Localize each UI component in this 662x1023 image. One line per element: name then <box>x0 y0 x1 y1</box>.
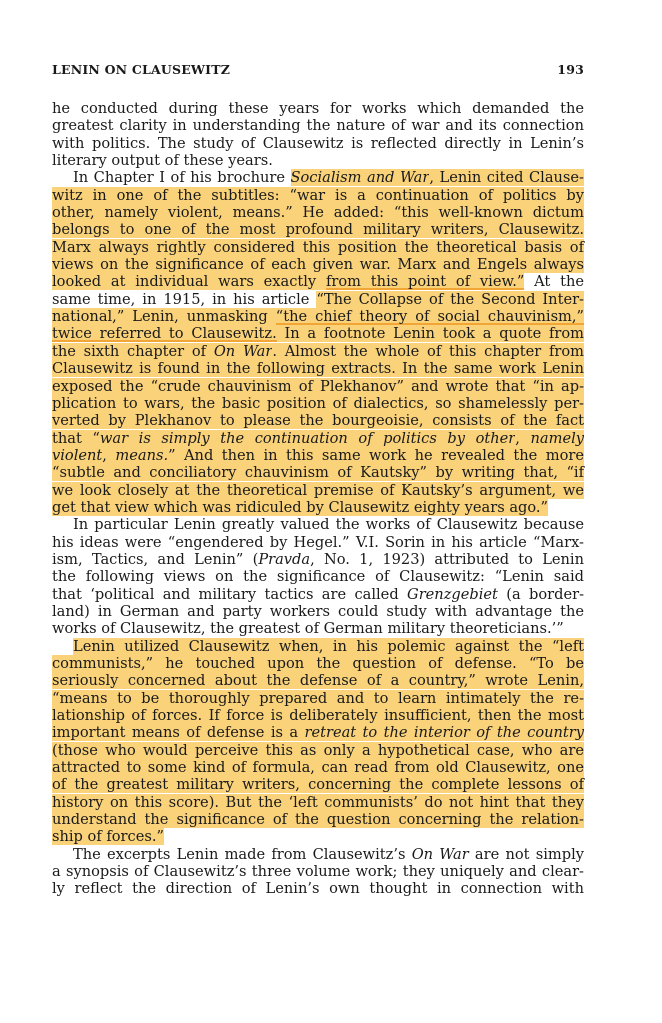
highlighted-text: Clausewitz is found in the following ext… <box>52 360 584 377</box>
highlighted-text: witz in one of the subtitles: “war is a … <box>52 187 584 204</box>
text-line: literary output of these years. <box>52 152 584 169</box>
text-line: In particular Lenin greatly valued the w… <box>52 516 584 533</box>
highlighted-text: In a footnote Lenin took a quote from <box>277 325 584 342</box>
text-line: communists,” he touched upon the questio… <box>52 655 584 672</box>
text-span: are not simply <box>469 846 584 863</box>
text-line: witz in one of the subtitles: “war is a … <box>52 187 584 204</box>
text-line: same time, in 1915, in his article “The … <box>52 291 584 308</box>
text-line: The excerpts Lenin made from Clausewitz’… <box>52 846 584 863</box>
highlighted-text: views on the significance of each given … <box>52 256 584 273</box>
text-line: Clausewitz is found in the following ext… <box>52 360 584 377</box>
text-line: violent, means.” And then in this same w… <box>52 447 584 464</box>
highlighted-text: On War <box>214 343 273 360</box>
text-span: ism, Tactics, and Lenin” ( <box>52 551 258 568</box>
text-line: lationship of forces. If force is delibe… <box>52 707 584 724</box>
text-line: In Chapter I of his brochure Socialism a… <box>52 169 584 186</box>
highlighted-text: the sixth chapter of <box>52 343 214 360</box>
text-span: In particular Lenin greatly valued the w… <box>73 516 584 533</box>
text-line: greatest clarity in understanding the na… <box>52 117 584 134</box>
text-span: On War <box>412 846 469 863</box>
highlighted-text: verted by Plekhanov to please the bourge… <box>52 412 584 429</box>
text-span: At the <box>524 273 584 290</box>
text-line: history on this score). But the ‘left co… <box>52 794 584 811</box>
text-line: works of Clausewitz, the greatest of Ger… <box>52 620 584 637</box>
highlighted-text: means. <box>115 447 168 464</box>
text-line: attracted to some kind of formula, can r… <box>52 759 584 776</box>
highlighted-text: looked at individual wars exactly <box>52 273 326 290</box>
highlighted-text: communists,” he touched upon the questio… <box>52 655 584 672</box>
text-line: understand the significance of the quest… <box>52 811 584 828</box>
highlighted-text: “subtle and conciliatory chauvinism of K… <box>52 464 584 481</box>
highlighted-text: important means of defense is a <box>52 724 304 741</box>
text-line: ism, Tactics, and Lenin” (Pravda, No. 1,… <box>52 551 584 568</box>
highlighted-text: retreat to the interior of the country <box>304 724 584 741</box>
highlighted-text: we look closely at the theoretical premi… <box>52 482 584 499</box>
text-line: views on the significance of each given … <box>52 256 584 273</box>
text-line: get that view which was ridiculed by Cla… <box>52 499 584 516</box>
highlighted-text: seriously concerned about the defense of… <box>52 672 584 689</box>
text-span: (a border- <box>498 586 584 603</box>
text-line: verted by Plekhanov to please the bourge… <box>52 412 584 429</box>
highlighted-underlined-text: from this point of view.” <box>326 273 524 290</box>
text-span: The excerpts Lenin made from Clausewitz’… <box>73 846 412 863</box>
highlighted-underlined-text: “the chief theory of social chauvinism,” <box>276 308 584 325</box>
highlighted-text: plication to wars, the basic position of… <box>52 395 584 412</box>
text-line: seriously concerned about the defense of… <box>52 672 584 689</box>
text-line: looked at individual wars exactly from t… <box>52 273 584 290</box>
text-line: plication to wars, the basic position of… <box>52 395 584 412</box>
text-line: Lenin utilized Clausewitz when, in his p… <box>52 638 584 655</box>
book-page: LENIN ON CLAUSEWITZ 193 he conducted dur… <box>52 62 584 898</box>
highlighted-text: namely <box>531 430 585 447</box>
highlighted-text: other, namely violent, means.” He added:… <box>52 204 584 221</box>
highlighted-text: “means to be thoroughly prepared and to … <box>52 690 584 707</box>
highlighted-text: national,” Lenin, unmasking <box>52 308 276 325</box>
highlighted-text: , Lenin cited Clause- <box>429 169 584 186</box>
text-line: land) in German and party workers could … <box>52 603 584 620</box>
highlighted-text: that “ <box>52 430 100 447</box>
text-line: we look closely at the theoretical premi… <box>52 482 584 499</box>
text-span: ly reflect the direction of Lenin’s own … <box>52 880 584 897</box>
highlighted-underlined-text: twice referred to Clausewitz. <box>52 325 277 342</box>
highlighted-text: . Almost the whole of this chapter from <box>272 343 584 360</box>
highlighted-text: Lenin utilized Clausewitz when, in his p… <box>73 638 584 655</box>
text-span: In Chapter I of his brochure <box>73 169 291 186</box>
text-line: ly reflect the direction of Lenin’s own … <box>52 880 584 897</box>
text-span: a synopsis of Clausewitz’s three volume … <box>52 863 584 880</box>
highlighted-text: belongs to one of the most profound mili… <box>52 221 584 238</box>
text-span: his ideas were “engendered by Hegel.” V.… <box>52 534 584 551</box>
text-line: exposed the “crude chauvinism of Plekhan… <box>52 378 584 395</box>
highlighted-text: lationship of forces. If force is delibe… <box>52 707 584 724</box>
text-span: works of Clausewitz, the greatest of Ger… <box>52 620 564 637</box>
text-line: the following views on the significance … <box>52 568 584 585</box>
text-line: (those who would perceive this as only a… <box>52 742 584 759</box>
text-span: he conducted during these years for work… <box>52 100 584 117</box>
text-line: twice referred to Clausewitz. In a footn… <box>52 325 584 342</box>
text-line: he conducted during these years for work… <box>52 100 584 117</box>
body-text: he conducted during these years for work… <box>52 100 584 898</box>
text-span: Pravda <box>258 551 310 568</box>
highlighted-text: “The Collapse of the Second Inter- <box>316 291 584 308</box>
highlighted-text: of the greatest military writers, concer… <box>52 776 584 793</box>
highlighted-text: Marx always rightly considered this posi… <box>52 239 584 256</box>
text-line: Marx always rightly considered this posi… <box>52 239 584 256</box>
text-span: Grenzgebiet <box>407 586 498 603</box>
text-line: a synopsis of Clausewitz’s three volume … <box>52 863 584 880</box>
text-line: belongs to one of the most profound mili… <box>52 221 584 238</box>
text-span: that ‘political and military tactics are… <box>52 586 407 603</box>
text-line: of the greatest military writers, concer… <box>52 776 584 793</box>
highlighted-text: get that view which was ridiculed by Cla… <box>52 499 548 516</box>
text-line: that “war is simply the continuation of … <box>52 430 584 447</box>
highlighted-text: attracted to some kind of formula, can r… <box>52 759 584 776</box>
text-span: greatest clarity in understanding the na… <box>52 117 584 134</box>
text-line: with politics. The study of Clausewitz i… <box>52 135 584 152</box>
highlighted-text: ship of forces.” <box>52 828 164 845</box>
text-line: the sixth chapter of On War. Almost the … <box>52 343 584 360</box>
text-span: the following views on the significance … <box>52 568 584 585</box>
text-span: land) in German and party workers could … <box>52 603 584 620</box>
text-line: national,” Lenin, unmasking “the chief t… <box>52 308 584 325</box>
highlighted-text: war is simply the continuation of politi… <box>100 430 515 447</box>
highlighted-text: exposed the “crude chauvinism of Plekhan… <box>52 378 584 395</box>
text-line: ship of forces.” <box>52 828 584 845</box>
running-title: LENIN ON CLAUSEWITZ <box>52 62 230 82</box>
text-line: his ideas were “engendered by Hegel.” V.… <box>52 534 584 551</box>
text-line: “subtle and conciliatory chauvinism of K… <box>52 464 584 481</box>
text-span: literary output of these years. <box>52 152 273 169</box>
highlighted-text: ” And then in this same work he revealed… <box>168 447 584 464</box>
highlighted-text: history on this score). But the ‘left co… <box>52 794 584 811</box>
highlighted-text: violent <box>52 447 102 464</box>
page-number: 193 <box>557 62 584 82</box>
text-line: important means of defense is a retreat … <box>52 724 584 741</box>
text-line: other, namely violent, means.” He added:… <box>52 204 584 221</box>
text-span: same time, in 1915, in his article <box>52 291 316 308</box>
highlighted-text: Socialism and War <box>291 169 430 186</box>
highlighted-text: , <box>515 430 530 447</box>
highlighted-text: , <box>102 447 115 464</box>
highlighted-text: understand the significance of the quest… <box>52 811 584 828</box>
text-line: “means to be thoroughly prepared and to … <box>52 690 584 707</box>
text-span: with politics. The study of Clausewitz i… <box>52 135 584 152</box>
highlighted-text: (those who would perceive this as only a… <box>52 742 584 759</box>
text-line: that ‘political and military tactics are… <box>52 586 584 603</box>
text-span: , No. 1, 1923) attributed to Lenin <box>310 551 584 568</box>
page-header: LENIN ON CLAUSEWITZ 193 <box>52 62 584 82</box>
